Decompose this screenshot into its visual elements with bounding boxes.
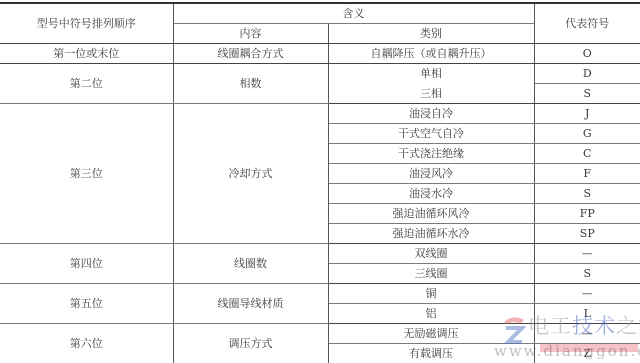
category-cell: 三相 xyxy=(328,84,534,104)
category-cell: 单相 xyxy=(328,64,534,84)
header-category: 类别 xyxy=(328,24,534,44)
table-row: 第三位 冷却方式 油浸自冷 J xyxy=(0,104,640,124)
header-order: 型号中符号排列顺序 xyxy=(0,3,173,44)
symbol-cell: — xyxy=(534,324,640,344)
symbol-cell: SP xyxy=(534,224,640,244)
category-cell: 无励磁调压 xyxy=(328,324,534,344)
symbol-cell: F xyxy=(534,164,640,184)
content-cell: 线圈数 xyxy=(173,244,328,284)
category-cell: 油浸水冷 xyxy=(328,184,534,204)
category-cell: 铜 xyxy=(328,284,534,304)
position-cell: 第五位 xyxy=(0,284,173,324)
header-row-1: 型号中符号排列顺序 含义 代表符号 xyxy=(0,3,640,24)
content-cell: 调压方式 xyxy=(173,324,328,363)
category-cell: 三线圈 xyxy=(328,264,534,284)
table-row: 第二位 相数 单相 D xyxy=(0,64,640,84)
symbol-cell: FP xyxy=(534,204,640,224)
position-cell: 第三位 xyxy=(0,104,173,244)
header-meaning: 含义 xyxy=(173,3,534,24)
position-cell: 第二位 xyxy=(0,64,173,104)
symbol-cell: G xyxy=(534,124,640,144)
symbol-cell: D xyxy=(534,64,640,84)
category-cell: 有载调压 xyxy=(328,344,534,363)
category-cell: 油浸自冷 xyxy=(328,104,534,124)
header-content: 内容 xyxy=(173,24,328,44)
content-cell: 相数 xyxy=(173,64,328,104)
content-cell: 冷却方式 xyxy=(173,104,328,244)
symbol-cell: S xyxy=(534,264,640,284)
symbol-cell: — xyxy=(534,284,640,304)
symbol-cell: Z xyxy=(534,344,640,363)
category-cell: 强迫油循环风冷 xyxy=(328,204,534,224)
category-cell: 干式空气自冷 xyxy=(328,124,534,144)
category-cell: 强迫油循环水冷 xyxy=(328,224,534,244)
symbol-cell: J xyxy=(534,104,640,124)
position-cell: 第一位或末位 xyxy=(0,44,173,64)
table-row: 第一位或末位 线圈耦合方式 自耦降压（或自耦升压） O xyxy=(0,44,640,64)
symbol-cell: C xyxy=(534,144,640,164)
symbol-cell: L xyxy=(534,304,640,324)
table-row: 第五位 线圈导线材质 铜 — xyxy=(0,284,640,304)
symbol-cell: O xyxy=(534,44,640,64)
category-cell: 干式浇注绝缘 xyxy=(328,144,534,164)
header-symbol: 代表符号 xyxy=(534,3,640,44)
content-cell: 线圈导线材质 xyxy=(173,284,328,324)
symbol-cell: S xyxy=(534,184,640,204)
category-cell: 自耦降压（或自耦升压） xyxy=(328,44,534,64)
transformer-model-code-table: 型号中符号排列顺序 含义 代表符号 内容 类别 第一位或末位 线圈耦合方式 自耦… xyxy=(0,2,640,363)
position-cell: 第四位 xyxy=(0,244,173,284)
category-cell: 铝 xyxy=(328,304,534,324)
category-cell: 双线圈 xyxy=(328,244,534,264)
symbol-cell: — xyxy=(534,244,640,264)
table-row: 第四位 线圈数 双线圈 — xyxy=(0,244,640,264)
position-cell: 第六位 xyxy=(0,324,173,363)
symbol-cell: S xyxy=(534,84,640,104)
category-cell: 油浸风冷 xyxy=(328,164,534,184)
content-cell: 线圈耦合方式 xyxy=(173,44,328,64)
table-row: 第六位 调压方式 无励磁调压 — xyxy=(0,324,640,344)
